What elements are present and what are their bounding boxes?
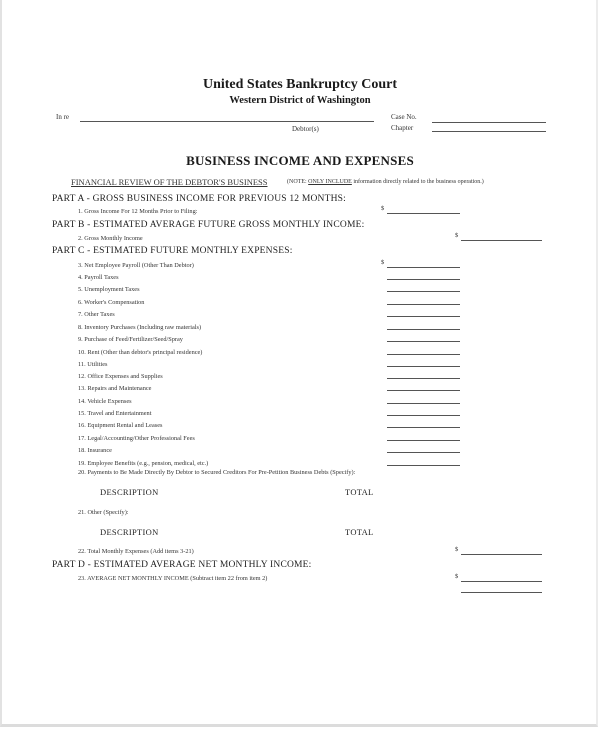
note-prefix: (NOTE: xyxy=(287,179,308,185)
item-3-amount-field[interactable] xyxy=(387,267,460,268)
item-12-label: 12. Office Expenses and Supplies xyxy=(78,373,163,380)
currency-symbol: $ xyxy=(455,232,458,239)
item-17-label: 17. Legal/Accounting/Other Professional … xyxy=(78,435,195,442)
item-14-label: 14. Vehicle Expenses xyxy=(78,398,132,405)
item-5-amount-field[interactable] xyxy=(387,291,460,292)
item-7-amount-field[interactable] xyxy=(387,316,460,317)
item-6-label: 6. Worker's Compensation xyxy=(78,299,144,306)
note-suffix: information directly related to the busi… xyxy=(352,179,484,185)
review-note: (NOTE: ONLY INCLUDE information directly… xyxy=(287,179,484,185)
item-9-label: 9. Purchase of Feed/Fertilizer/Seed/Spra… xyxy=(78,336,183,343)
item-11-label: 11. Utilities xyxy=(78,361,108,368)
item-8-amount-field[interactable] xyxy=(387,329,460,330)
item-9-amount-field[interactable] xyxy=(387,341,460,342)
item-19-label: 19. Employee Benefits (e.g., pension, me… xyxy=(78,460,208,467)
item-16-label: 16. Equipment Rental and Leases xyxy=(78,422,162,429)
debtor-label: Debtor(s) xyxy=(292,125,319,133)
form-title: BUSINESS INCOME AND EXPENSES xyxy=(0,153,600,169)
description-header: DESCRIPTION xyxy=(100,487,159,497)
item-16-amount-field[interactable] xyxy=(387,427,460,428)
currency-symbol: $ xyxy=(455,573,458,580)
item-18-label: 18. Insurance xyxy=(78,447,112,454)
item-10-label: 10. Rent (Other than debtor's principal … xyxy=(78,349,202,356)
item-2-label: 2. Gross Monthly Income xyxy=(78,235,143,242)
item-23-extra-line[interactable] xyxy=(461,592,542,593)
part-d-title: PART D - ESTIMATED AVERAGE NET MONTHLY I… xyxy=(52,560,312,570)
currency-symbol: $ xyxy=(455,546,458,553)
item-3-label: 3. Net Employee Payroll (Other Than Debt… xyxy=(78,262,194,269)
total-header: TOTAL xyxy=(345,527,374,537)
item-15-amount-field[interactable] xyxy=(387,415,460,416)
description-header: DESCRIPTION xyxy=(100,527,159,537)
item-23-label: 23. AVERAGE NET MONTHLY INCOME (Subtract… xyxy=(78,575,267,582)
item-17-amount-field[interactable] xyxy=(387,440,460,441)
debtor-name-field[interactable] xyxy=(80,121,374,122)
note-emphasis: ONLY INCLUDE xyxy=(308,179,352,185)
part-c-title: PART C - ESTIMATED FUTURE MONTHLY EXPENS… xyxy=(52,246,293,256)
item-15-label: 15. Travel and Entertainment xyxy=(78,410,151,417)
item-1-amount-field[interactable] xyxy=(387,213,460,214)
part-a-title: PART A - GROSS BUSINESS INCOME FOR PREVI… xyxy=(52,194,346,204)
part-b-title: PART B - ESTIMATED AVERAGE FUTURE GROSS … xyxy=(52,220,364,230)
case-no-field[interactable] xyxy=(432,122,546,123)
item-2-amount-field[interactable] xyxy=(461,240,542,241)
chapter-field[interactable] xyxy=(432,131,546,132)
chapter-label: Chapter xyxy=(391,124,413,132)
item-5-label: 5. Unemployment Taxes xyxy=(78,286,140,293)
currency-symbol: $ xyxy=(381,259,384,266)
item-1-label: 1. Gross Income For 12 Months Prior to F… xyxy=(78,208,197,215)
item-4-label: 4. Payroll Taxes xyxy=(78,274,119,281)
item-20-label: 20. Payments to Be Made Directly By Debt… xyxy=(78,469,355,476)
item-10-amount-field[interactable] xyxy=(387,354,460,355)
item-22-label: 22. Total Monthly Expenses (Add items 3-… xyxy=(78,548,194,555)
item-8-label: 8. Inventory Purchases (Including raw ma… xyxy=(78,324,201,331)
item-18-amount-field[interactable] xyxy=(387,452,460,453)
item-19-amount-field[interactable] xyxy=(387,465,460,466)
review-heading: FINANCIAL REVIEW OF THE DEBTOR'S BUSINES… xyxy=(71,177,268,187)
item-23-amount-field[interactable] xyxy=(461,581,542,582)
item-12-amount-field[interactable] xyxy=(387,378,460,379)
item-14-amount-field[interactable] xyxy=(387,403,460,404)
item-13-amount-field[interactable] xyxy=(387,390,460,391)
currency-symbol: $ xyxy=(381,205,384,212)
total-header: TOTAL xyxy=(345,487,374,497)
in-re-label: In re xyxy=(56,113,69,121)
case-no-label: Case No. xyxy=(391,113,417,121)
court-name: United States Bankruptcy Court xyxy=(0,77,600,93)
item-11-amount-field[interactable] xyxy=(387,366,460,367)
item-6-amount-field[interactable] xyxy=(387,304,460,305)
item-4-amount-field[interactable] xyxy=(387,279,460,280)
item-21-label: 21. Other (Specify): xyxy=(78,509,129,516)
item-22-amount-field[interactable] xyxy=(461,554,542,555)
item-13-label: 13. Repairs and Maintenance xyxy=(78,385,151,392)
district-name: Western District of Washington xyxy=(0,95,600,106)
item-7-label: 7. Other Taxes xyxy=(78,311,115,318)
